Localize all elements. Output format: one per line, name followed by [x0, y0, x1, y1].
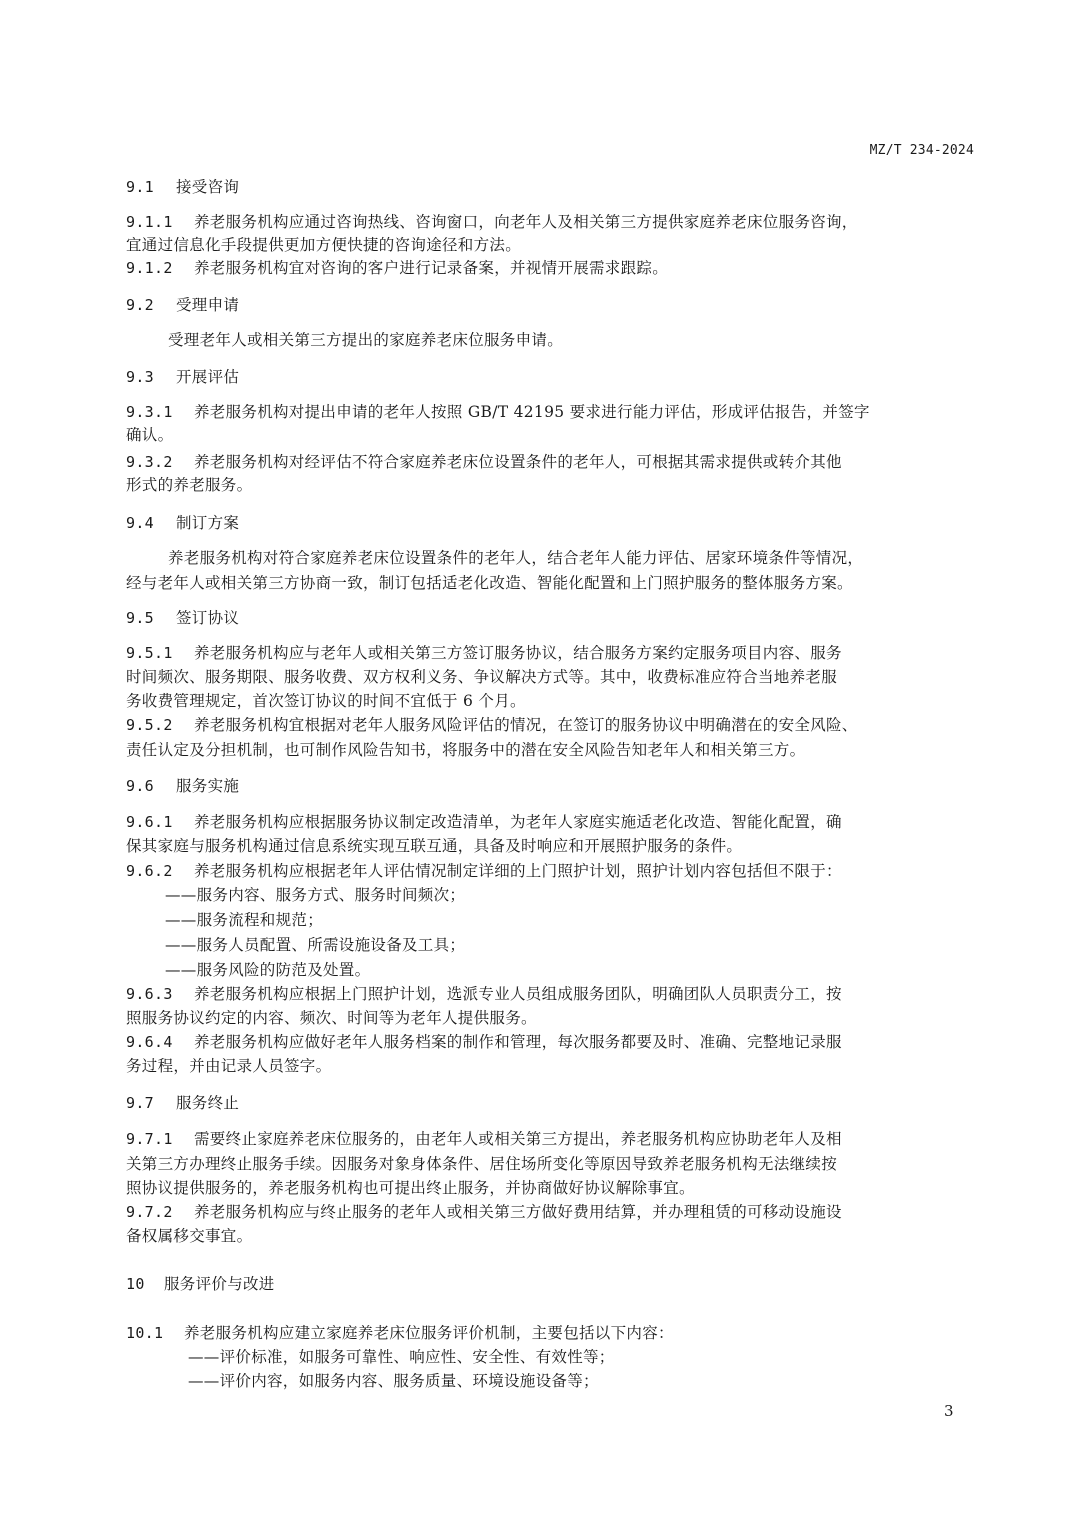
clause-9-6-3-line2: 照服务协议约定的内容、频次、时间等为老年人提供服务。: [126, 1007, 537, 1029]
clause-text: 养老服务机构应建立家庭养老床位服务评价机制，主要包括以下内容：: [184, 1324, 674, 1342]
clause-9-7-1-line1: 9.7.1需要终止家庭养老床位服务的，由老年人或相关第三方提出，养老服务机构应协…: [126, 1128, 842, 1150]
section-title: 服务评价与改进: [164, 1275, 275, 1293]
section-heading-9-7: 9.7服务终止: [126, 1092, 239, 1114]
clause-text: 养老服务机构宜根据对老年人服务风险评估的情况，在签订的服务协议中明确潜在的安全风…: [194, 716, 858, 734]
clause-text: 需要终止家庭养老床位服务的，由老年人或相关第三方提出，养老服务机构应协助老年人及…: [194, 1130, 842, 1148]
section-heading-9-4: 9.4制订方案: [126, 512, 239, 534]
clause-9-5-1-line2: 时间频次、服务期限、服务收费、双方权利义务、争议解决方式等。其中，收费标准应符合…: [126, 666, 837, 688]
clause-number: 9.1.2: [126, 257, 194, 279]
section-heading-9-5: 9.5签订协议: [126, 607, 239, 629]
section-number: 9.7: [126, 1092, 176, 1114]
clause-number: 10.1: [126, 1322, 184, 1344]
section-9-4-line1: 养老服务机构对符合家庭养老床位设置条件的老年人，结合老年人能力评估、居家环境条件…: [168, 547, 863, 569]
section-title: 受理申请: [176, 296, 239, 314]
clause-9-6-4-line2: 务过程，并由记录人员签字。: [126, 1055, 331, 1077]
list-item: ——服务内容、服务方式、服务时间频次；: [165, 884, 465, 906]
clause-text: 养老服务机构对经评估不符合家庭养老床位设置条件的老年人，可根据其需求提供或转介其…: [194, 453, 842, 471]
clause-9-1-1-line2: 宜通过信息化手段提供更加方便快捷的咨询途径和方法。: [126, 234, 521, 256]
clause-9-5-1-line1: 9.5.1养老服务机构应与老年人或相关第三方签订服务协议，结合服务方案约定服务项…: [126, 642, 842, 664]
clause-9-5-2-line1: 9.5.2养老服务机构宜根据对老年人服务风险评估的情况，在签订的服务协议中明确潜…: [126, 714, 858, 736]
list-item: ——服务风险的防范及处置。: [165, 959, 370, 981]
section-number: 9.6: [126, 775, 176, 797]
clause-number: 9.3.2: [126, 451, 194, 473]
section-9-2-body: 受理老年人或相关第三方提出的家庭养老床位服务申请。: [168, 329, 563, 351]
section-heading-9-6: 9.6服务实施: [126, 775, 239, 797]
clause-9-6-1-line1: 9.6.1养老服务机构应根据服务协议制定改造清单，为老年人家庭实施适老化改造、智…: [126, 811, 842, 833]
clause-9-1-1-line1: 9.1.1养老服务机构应通过咨询热线、咨询窗口，向老年人及相关第三方提供家庭养老…: [126, 211, 858, 233]
clause-text: 养老服务机构应根据服务协议制定改造清单，为老年人家庭实施适老化改造、智能化配置，…: [194, 813, 842, 831]
clause-9-7-1-line2: 关第三方办理终止服务手续。因服务对象身体条件、居住场所变化等原因导致养老服务机构…: [126, 1153, 837, 1175]
section-heading-9-1: 9.1接受咨询: [126, 176, 239, 198]
clause-9-3-1-line1: 9.3.1养老服务机构对提出申请的老年人按照 GB/T 42195 要求进行能力…: [126, 401, 870, 423]
section-title: 制订方案: [176, 514, 239, 532]
clause-text: 养老服务机构应做好老年人服务档案的制作和管理，每次服务都要及时、准确、完整地记录…: [194, 1033, 842, 1051]
clause-9-7-1-line3: 照协议提供服务的，养老服务机构也可提出终止服务，并协商做好协议解除事宜。: [126, 1177, 695, 1199]
section-title: 接受咨询: [176, 178, 239, 196]
clause-text: 养老服务机构应与老年人或相关第三方签订服务协议，结合服务方案约定服务项目内容、服…: [194, 644, 842, 662]
document-page: MZ/T 234-2024 9.1接受咨询 9.1.1养老服务机构应通过咨询热线…: [0, 0, 1074, 1520]
section-number: 9.1: [126, 176, 176, 198]
clause-number: 9.6.3: [126, 983, 194, 1005]
section-title: 服务实施: [176, 777, 239, 795]
section-heading-9-2: 9.2受理申请: [126, 294, 239, 316]
document-code: MZ/T 234-2024: [870, 143, 974, 158]
list-item: ——服务人员配置、所需设施设备及工具；: [165, 934, 465, 956]
page-number: 3: [944, 1402, 954, 1420]
clause-9-7-2-line1: 9.7.2养老服务机构应与终止服务的老年人或相关第三方做好费用结算，并办理租赁的…: [126, 1201, 842, 1223]
list-item: ——服务流程和规范；: [165, 909, 323, 931]
clause-9-3-2-line2: 形式的养老服务。: [126, 474, 252, 496]
clause-text: 养老服务机构应根据老年人评估情况制定详细的上门照护计划，照护计划内容包括但不限于…: [194, 862, 842, 880]
section-number: 9.5: [126, 607, 176, 629]
section-heading-9-3: 9.3开展评估: [126, 366, 239, 388]
section-number: 10: [126, 1273, 164, 1295]
clause-text: 养老服务机构应根据上门照护计划，选派专业人员组成服务团队，明确团队人员职责分工，…: [194, 985, 842, 1003]
clause-number: 9.1.1: [126, 211, 194, 233]
clause-number: 9.6.1: [126, 811, 194, 833]
clause-9-6-1-line2: 保其家庭与服务机构通过信息系统实现互联互通，具备及时响应和开展照护服务的条件。: [126, 835, 742, 857]
clause-9-1-2: 9.1.2养老服务机构宜对咨询的客户进行记录备案，并视情开展需求跟踪。: [126, 257, 668, 279]
section-number: 9.3: [126, 366, 176, 388]
clause-number: 9.6.2: [126, 860, 194, 882]
section-number: 9.2: [126, 294, 176, 316]
clause-9-6-2-line1: 9.6.2养老服务机构应根据老年人评估情况制定详细的上门照护计划，照护计划内容包…: [126, 860, 842, 882]
clause-number: 9.7.2: [126, 1201, 194, 1223]
clause-number: 9.7.1: [126, 1128, 194, 1150]
section-title: 服务终止: [176, 1094, 239, 1112]
clause-number: 9.5.2: [126, 714, 194, 736]
clause-text: 养老服务机构对提出申请的老年人按照 GB/T 42195 要求进行能力评估，形成…: [194, 403, 870, 421]
clause-9-7-2-line2: 备权属移交事宜。: [126, 1225, 252, 1247]
clause-text: 养老服务机构应与终止服务的老年人或相关第三方做好费用结算，并办理租赁的可移动设施…: [194, 1203, 842, 1221]
list-item: ——评价内容，如服务内容、服务质量、环境设施设备等；: [188, 1370, 599, 1392]
clause-10-1-line1: 10.1养老服务机构应建立家庭养老床位服务评价机制，主要包括以下内容：: [126, 1322, 674, 1344]
clause-9-5-1-line3: 务收费管理规定，首次签订协议的时间不宜低于 6 个月。: [126, 690, 526, 712]
clause-9-5-2-line2: 责任认定及分担机制，也可制作风险告知书，将服务中的潜在安全风险告知老年人和相关第…: [126, 739, 805, 761]
clause-9-3-1-line2: 确认。: [126, 424, 173, 446]
clause-number: 9.5.1: [126, 642, 194, 664]
clause-number: 9.3.1: [126, 401, 194, 423]
clause-number: 9.6.4: [126, 1031, 194, 1053]
clause-9-6-3-line1: 9.6.3养老服务机构应根据上门照护计划，选派专业人员组成服务团队，明确团队人员…: [126, 983, 842, 1005]
clause-text: 养老服务机构应通过咨询热线、咨询窗口，向老年人及相关第三方提供家庭养老床位服务咨…: [194, 213, 858, 231]
section-title: 签订协议: [176, 609, 239, 627]
section-heading-10: 10服务评价与改进: [126, 1273, 275, 1295]
section-9-4-line2: 经与老年人或相关第三方协商一致，制订包括适老化改造、智能化配置和上门照护服务的整…: [126, 572, 853, 594]
clause-9-6-4-line1: 9.6.4养老服务机构应做好老年人服务档案的制作和管理，每次服务都要及时、准确、…: [126, 1031, 842, 1053]
list-item: ——评价标准，如服务可靠性、响应性、安全性、有效性等；: [188, 1346, 615, 1368]
clause-text: 养老服务机构宜对咨询的客户进行记录备案，并视情开展需求跟踪。: [194, 259, 668, 277]
clause-9-3-2-line1: 9.3.2养老服务机构对经评估不符合家庭养老床位设置条件的老年人，可根据其需求提…: [126, 451, 842, 473]
section-number: 9.4: [126, 512, 176, 534]
section-title: 开展评估: [176, 368, 239, 386]
